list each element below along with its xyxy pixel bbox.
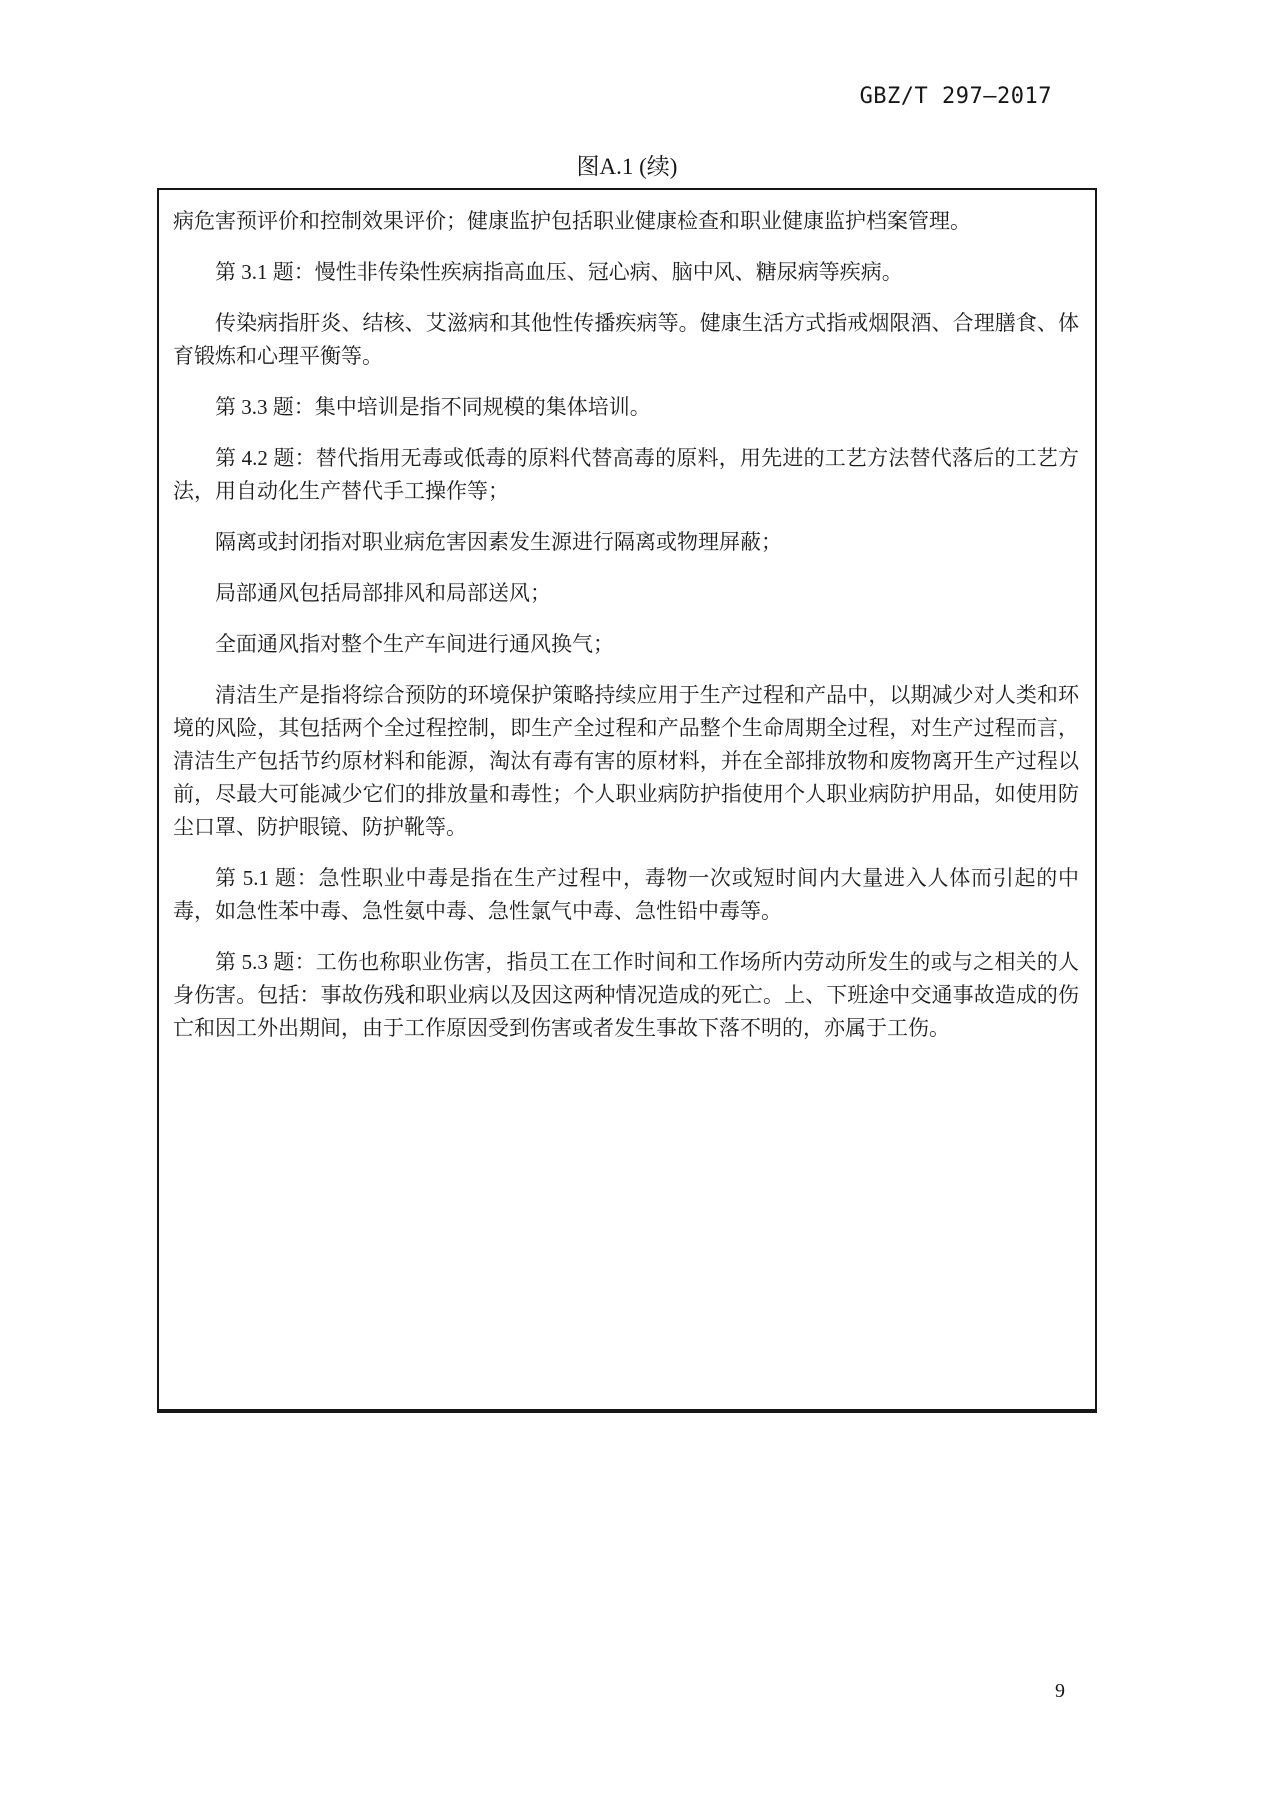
paragraph: 病危害预评价和控制效果评价；健康监护包括职业健康检查和职业健康监护档案管理。 — [173, 205, 1079, 238]
paragraph: 清洁生产是指将综合预防的环境保护策略持续应用于生产过程和产品中，以期减少对人类和… — [173, 679, 1079, 844]
page-number: 9 — [1055, 1680, 1065, 1703]
paragraph: 局部通风包括局部排风和局部送风； — [173, 577, 1079, 610]
paragraph: 第 3.1 题：慢性非传染性疾病指高血压、冠心病、脑中风、糖尿病等疾病。 — [173, 256, 1079, 289]
document-page: GBZ/T 297—2017 图A.1 (续) 病危害预评价和控制效果评价；健康… — [0, 0, 1280, 1810]
figure-title: 图A.1 (续) — [157, 148, 1097, 181]
paragraph: 第 5.1 题：急性职业中毒是指在生产过程中，毒物一次或短时间内大量进入人体而引… — [173, 862, 1079, 928]
paragraph: 全面通风指对整个生产车间进行通风换气； — [173, 628, 1079, 661]
paragraph: 第 4.2 题：替代指用无毒或低毒的原料代替高毒的原料，用先进的工艺方法替代落后… — [173, 442, 1079, 508]
paragraph: 隔离或封闭指对职业病危害因素发生源进行隔离或物理屏蔽； — [173, 526, 1079, 559]
paragraph: 传染病指肝炎、结核、艾滋病和其他性传播疾病等。健康生活方式指戒烟限酒、合理膳食、… — [173, 307, 1079, 373]
paragraph: 第 3.3 题：集中培训是指不同规模的集体培训。 — [173, 391, 1079, 424]
paragraph: 第 5.3 题：工伤也称职业伤害，指员工在工作时间和工作场所内劳动所发生的或与之… — [173, 946, 1079, 1045]
figure-content-box: 病危害预评价和控制效果评价；健康监护包括职业健康检查和职业健康监护档案管理。 第… — [157, 188, 1097, 1413]
standard-number-header: GBZ/T 297—2017 — [860, 84, 1052, 109]
